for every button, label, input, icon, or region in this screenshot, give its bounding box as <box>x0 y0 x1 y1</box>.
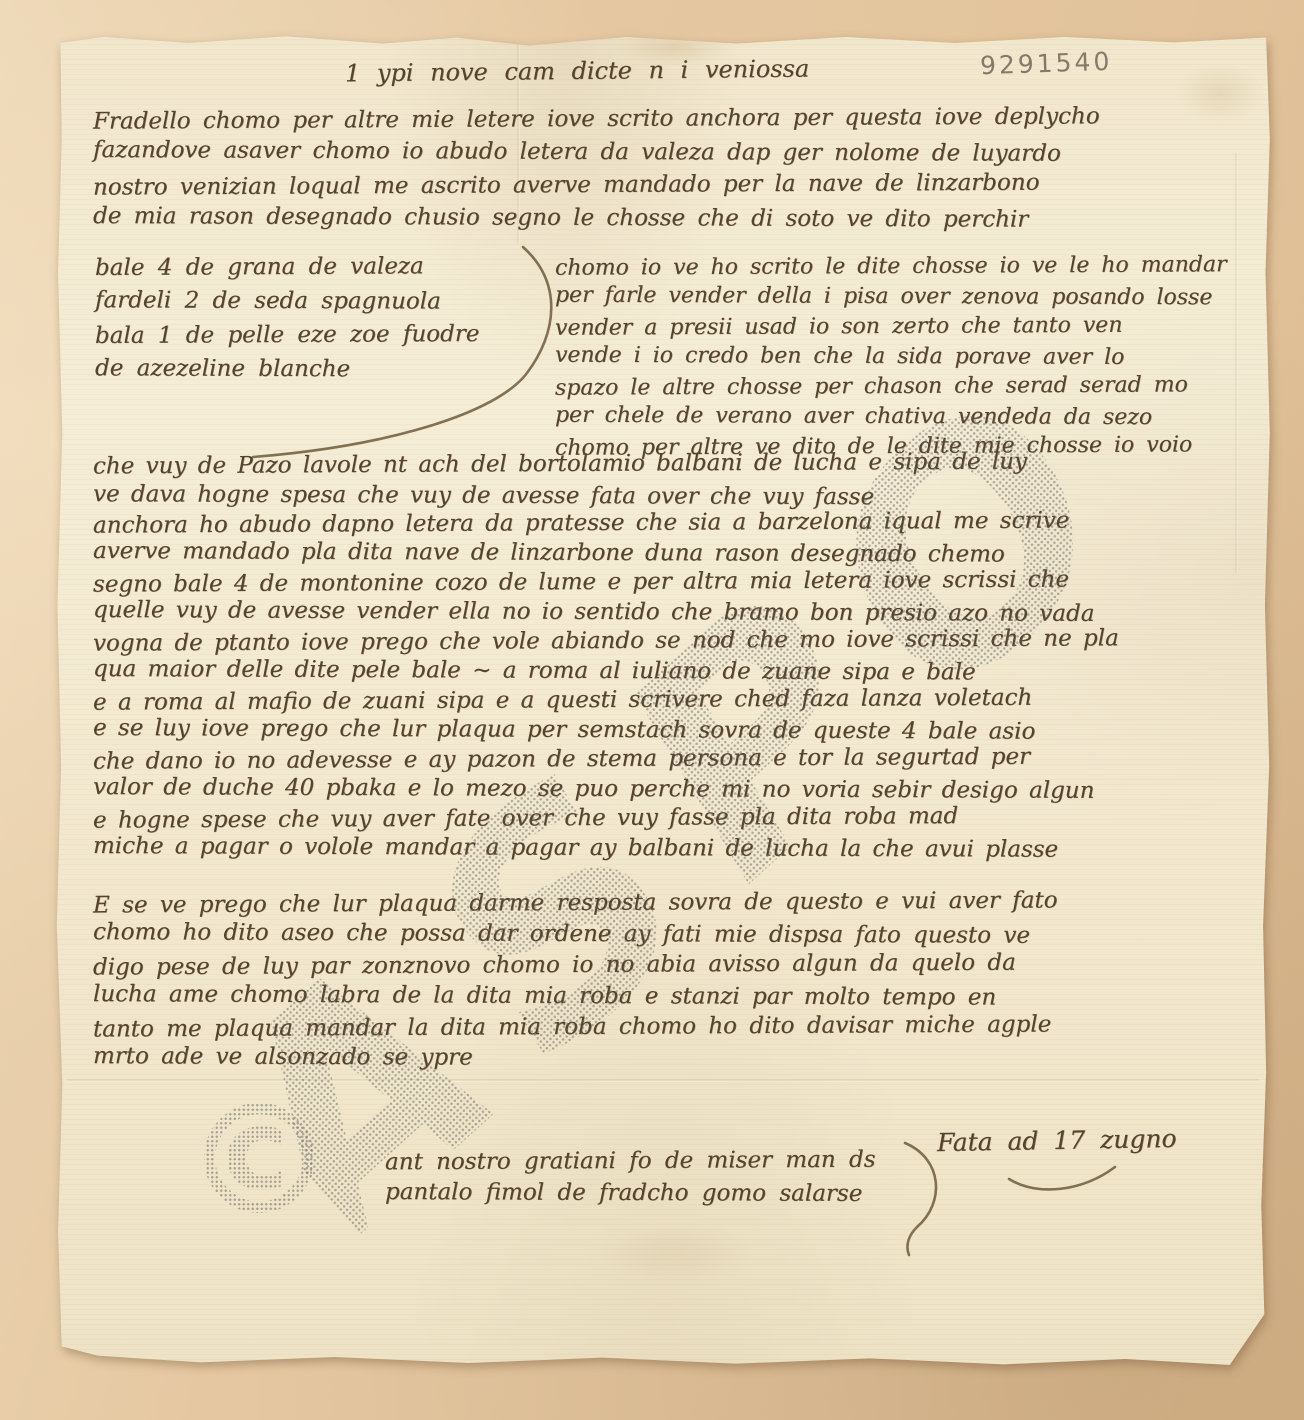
manuscript-line: vender a presii usad io son zerto che ta… <box>555 310 1227 344</box>
date-line: Fata ad 17 zugno <box>937 1124 1177 1157</box>
manuscript-line: pantalo fimol de fradcho gomo salarse <box>385 1176 876 1210</box>
manuscript-line: per chele de verano aver chativa vendeda… <box>555 401 1227 434</box>
side-note: chomo io ve ho scrito le dite chosse io … <box>555 252 1227 462</box>
manuscript-line: digo pese de luy par zonznovo chomo io n… <box>93 947 1058 983</box>
manuscript-line: valor de duche 40 pbaka e lo mezo se puo… <box>93 773 1119 806</box>
manuscript-line: chomo ho dito aseo che possa dar ordene … <box>93 917 1058 952</box>
goods-list: bale 4 de grana de valezafardeli 2 de se… <box>95 250 479 386</box>
fold-crease-horizontal <box>67 1079 1259 1082</box>
manuscript-line: mrto ade ve alsonzado se ypre <box>93 1041 1058 1076</box>
fold-crease-vertical <box>1235 153 1238 573</box>
manuscript-line: qua maior delle dite pele bale ~ a roma … <box>93 655 1119 688</box>
manuscript-line: fardeli 2 de seda spagnuola <box>95 283 480 318</box>
signature-block: ant nostro gratiani fo de miser man dspa… <box>385 1145 876 1209</box>
manuscript-line: che dano io no adevesse e ay pazon de st… <box>93 742 1119 777</box>
manuscript-line: per farle vender della i pisa over zenov… <box>555 281 1227 314</box>
header-note: 1 ypi nove cam dicte n i veniossa <box>345 55 809 88</box>
manuscript-line: fazandove asaver chomo io abudo letera d… <box>93 134 1100 171</box>
manuscript-line: bale 4 de grana de valeza <box>95 249 480 285</box>
paragraph-3: anchora ho abudo dapno letera da pratess… <box>93 509 1119 863</box>
manuscript-line: che vuy de Pazo lavole nt ach del bortol… <box>93 446 1027 483</box>
manuscript-line: de mia rason desegnado chusio segno le c… <box>93 200 1100 237</box>
manuscript-line: E se ve prego che lur plaqua darme respo… <box>93 885 1058 921</box>
manuscript-line: nostro venizian loqual me ascrito averve… <box>93 166 1100 204</box>
manuscript-line: e se luy iove prego che lur plaqua per s… <box>93 714 1119 747</box>
manuscript-line: e a roma al mafio de zuani sipa e a ques… <box>93 683 1119 718</box>
manuscript-line: ant nostro gratiani fo de miser man ds <box>385 1144 876 1179</box>
letter-paper: 1 ypi nove cam dicte n i veniossa 929154… <box>55 33 1271 1365</box>
manuscript-line: tanto me plaqua mandar la dita mia roba … <box>93 1009 1058 1045</box>
paragraph-2: che vuy de Pazo lavole nt ach del bortol… <box>93 448 1027 512</box>
manuscript-line: Fradello chomo per altre mie letere iove… <box>93 100 1100 138</box>
manuscript-scan: { "document": { "kind": "medieval mercha… <box>0 0 1304 1420</box>
manuscript-line: averve mandado pla dita nave de linzarbo… <box>93 537 1119 570</box>
manuscript-line: quelle vuy de avesse vender ella no io s… <box>93 596 1119 629</box>
archive-number: 9291540 <box>980 47 1113 81</box>
manuscript-line: miche a pagar o volole mandar a pagar ay… <box>93 832 1119 865</box>
paper-stain <box>1175 63 1265 123</box>
paper-stain <box>595 1223 755 1283</box>
manuscript-line: e hogne spese che vuy aver fate over che… <box>93 801 1119 836</box>
letter-paper-wrapper: 1 ypi nove cam dicte n i veniossa 929154… <box>55 33 1271 1365</box>
manuscript-line: de azezeline blanche <box>95 351 480 386</box>
manuscript-line: chomo io ve ho scrito le dite chosse io … <box>555 250 1227 284</box>
manuscript-line: segno bale 4 de montonine cozo de lume e… <box>93 565 1119 600</box>
manuscript-line: lucha ame chomo labra de la dita mia rob… <box>93 979 1058 1014</box>
date-underline-flourish <box>1003 1161 1123 1201</box>
paragraph-1: Fradello chomo per altre mie letere iove… <box>93 103 1100 235</box>
manuscript-line: anchora ho abudo dapno letera da pratess… <box>93 506 1119 541</box>
manuscript-line: vogna de ptanto iove prego che vole abia… <box>93 624 1119 659</box>
manuscript-line: bala 1 de pelle eze zoe fuodre <box>95 317 480 353</box>
paragraph-4: E se ve prego che lur plaqua darme respo… <box>93 888 1058 1074</box>
manuscript-line: vende i io credo ben che la sida porave … <box>555 341 1227 374</box>
manuscript-line: spazo le altre chosse per chason che ser… <box>555 370 1227 404</box>
copyright-watermark-icon: © <box>183 1085 335 1237</box>
